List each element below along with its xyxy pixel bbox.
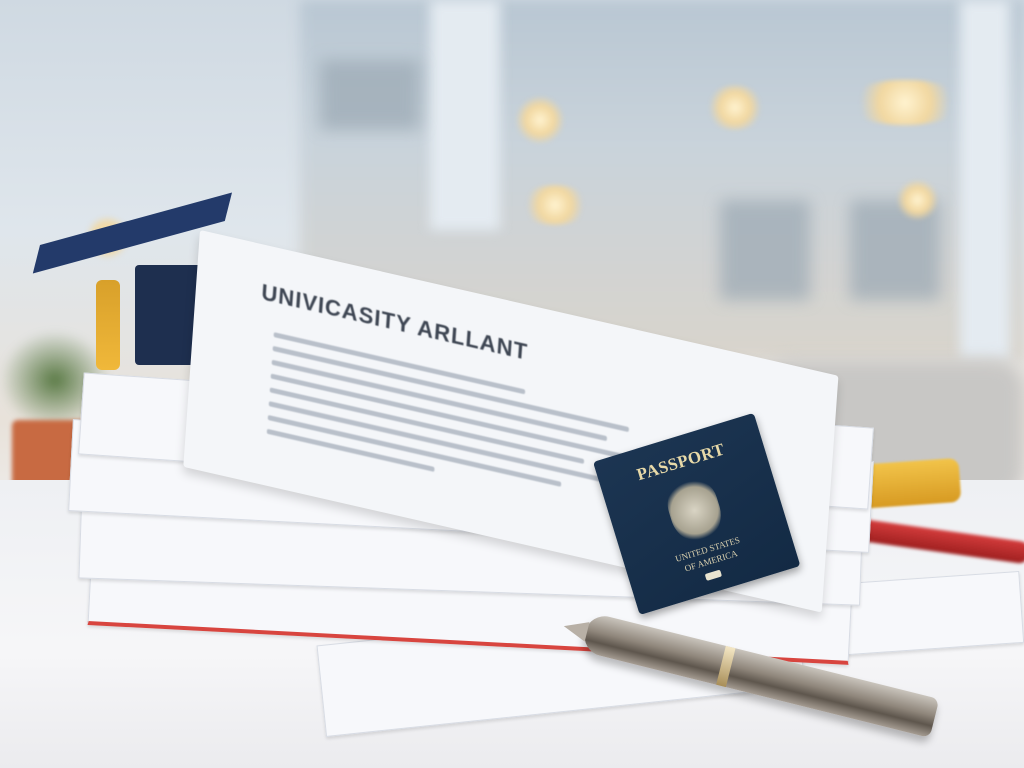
eagle-seal-icon [662, 474, 727, 546]
background-pillar [430, 0, 500, 230]
bokeh-light [520, 185, 590, 225]
photo-scene: UNIVICASITY ARLLANT PASSPORT UNITED STAT… [0, 0, 1024, 768]
chip-icon [705, 570, 722, 581]
bokeh-light [705, 85, 765, 130]
bokeh-light [515, 95, 565, 145]
pen-band [716, 646, 735, 687]
bokeh-light [895, 180, 940, 220]
background-window [720, 200, 810, 300]
background-pillar [960, 0, 1010, 360]
bokeh-light [845, 80, 965, 125]
background-window [320, 60, 420, 130]
